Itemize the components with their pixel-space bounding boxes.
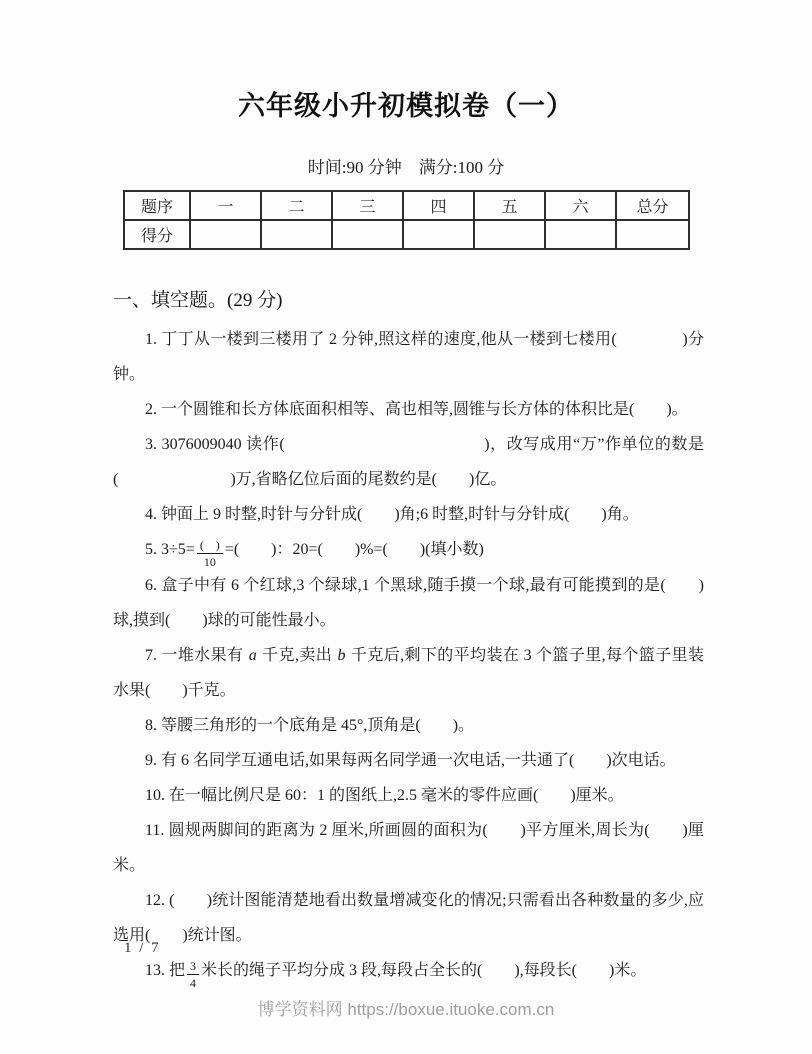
questions-list: 1. 丁丁从一楼到三楼用了 2 分钟,照这样的速度,他从一楼到七楼用( )分钟。…	[113, 322, 704, 989]
score-table-score-row: 得分	[124, 220, 689, 249]
fraction-denominator: 4	[187, 975, 199, 989]
question-1: 1. 丁丁从一楼到三楼用了 2 分钟,照这样的速度,他从一楼到七楼用( )分钟。	[113, 322, 704, 392]
score-table-header-cell: 一	[190, 191, 261, 220]
question-12: 12. ( )统计图能清楚地看出数量增减变化的情况;只需看出各种数量的多少,应选…	[113, 883, 704, 953]
score-cell	[545, 220, 616, 249]
score-table: 题序 一 二 三 四 五 六 总分 得分	[123, 190, 690, 250]
watermark-link: 博学资料网 https://boxue.ituoke.com.cn	[0, 995, 812, 1020]
question-6: 6. 盒子中有 6 个红球,3 个绿球,1 个黑球,随手摸一个球,最有可能摸到的…	[113, 568, 704, 638]
question-2: 2. 一个圆锥和长方体底面积相等、高也相等,圆锥与长方体的体积比是( )。	[113, 392, 704, 427]
score-table-header-cell: 二	[261, 191, 332, 220]
question-7-text: 7. 一堆水果有	[145, 647, 248, 664]
question-11: 11. 圆规两脚间的距离为 2 厘米,所画圆的面积为( )平方厘米,周长为( )…	[113, 813, 704, 883]
question-3: 3. 3076009040 读作( )，改写成用“万”作单位的数是( )万,省略…	[113, 427, 704, 497]
question-8: 8. 等腰三角形的一个底角是 45°,顶角是( )。	[113, 708, 704, 743]
exam-meta: 时间:90 分钟 满分:100 分	[0, 156, 812, 180]
question-7-text: 千克,卖出	[258, 647, 337, 664]
score-table-header-row: 题序 一 二 三 四 五 六 总分	[124, 191, 689, 220]
fraction: 34	[187, 960, 199, 989]
question-7: 7. 一堆水果有 a 千克,卖出 b 千克后,剩下的平均装在 3 个篮子里,每个…	[113, 638, 704, 708]
question-9: 9. 有 6 名同学互通电话,如果每两名同学通一次电话,一共通了( )次电话。	[113, 743, 704, 778]
score-table-header-cell: 三	[332, 191, 403, 220]
fraction: ( )10	[197, 539, 223, 568]
question-5-text: 5. 3÷5=	[145, 541, 195, 558]
variable-b: b	[337, 647, 347, 664]
score-cell	[261, 220, 332, 249]
fraction-denominator: 10	[197, 554, 223, 568]
score-cell	[332, 220, 403, 249]
question-13: 13. 把34米长的绳子平均分成 3 段,每段占全长的( ),每段长( )米。	[113, 953, 704, 989]
fraction-numerator: ( )	[197, 539, 223, 554]
score-cell	[403, 220, 474, 249]
page-title: 六年级小升初模拟卷（一）	[0, 0, 812, 124]
question-13-text: 13. 把	[145, 962, 185, 979]
variable-a: a	[248, 647, 258, 664]
score-table-header-cell: 五	[474, 191, 545, 220]
question-4: 4. 钟面上 9 时整,时针与分针成( )角;6 时整,时针与分针成( )角。	[113, 497, 704, 532]
question-10: 10. 在一幅比例尺是 60：1 的图纸上,2.5 毫米的零件应画( )厘米。	[113, 778, 704, 813]
score-table-header-cell: 六	[545, 191, 616, 220]
score-row-label: 得分	[124, 220, 190, 249]
page-number: 1 / 7	[124, 940, 161, 957]
question-13-text: 米长的绳子平均分成 3 段,每段占全长的( ),每段长( )米。	[201, 962, 646, 979]
question-5-text: =( )：20=( )%=( )(填小数)	[225, 541, 484, 558]
fraction-numerator: 3	[187, 960, 199, 975]
score-cell	[190, 220, 261, 249]
score-table-header-cell: 题序	[124, 191, 190, 220]
section-1-heading: 一、填空题。(29 分)	[113, 288, 812, 314]
score-cell	[616, 220, 689, 249]
score-cell	[474, 220, 545, 249]
exam-page: 六年级小升初模拟卷（一） 时间:90 分钟 满分:100 分 题序 一 二 三 …	[0, 0, 812, 1054]
score-table-header-cell: 总分	[616, 191, 689, 220]
score-table-header-cell: 四	[403, 191, 474, 220]
question-5: 5. 3÷5=( )10=( )：20=( )%=( )(填小数)	[113, 532, 704, 568]
